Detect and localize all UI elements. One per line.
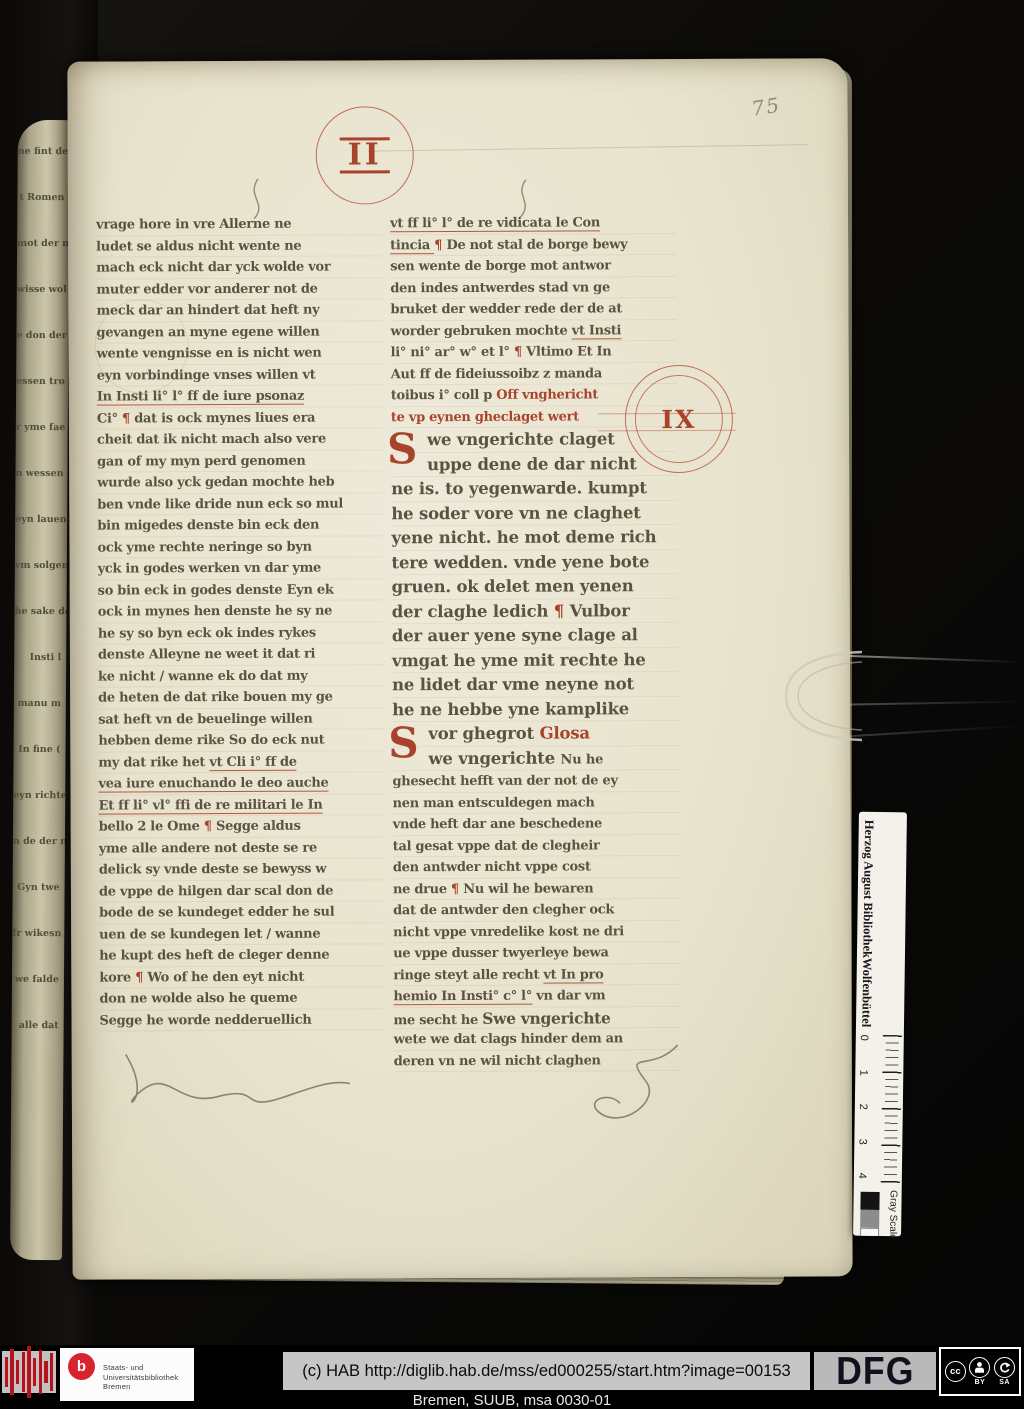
credit-bar: b Staats- und Universitätsbibliothek Bre… xyxy=(0,1345,1024,1409)
prev-page-text-fragment: alle dat xyxy=(11,1020,63,1066)
manuscript-line: gruen. ok delet men yenen xyxy=(392,574,678,600)
prev-page-text-fragment: n wessen h xyxy=(15,468,67,514)
manuscript-line: dat de antwder den clegher ock xyxy=(393,899,679,922)
prev-page-text-fragment: In fine ( xyxy=(13,744,65,790)
manuscript-line: uen de se kundegen let / wanne xyxy=(99,923,385,946)
text-segment: vt Insti xyxy=(572,323,622,339)
chapter-numeral: II xyxy=(340,137,390,174)
manuscript-line: den antwder nicht vppe cost xyxy=(393,856,679,879)
text-segment: ben vnde like dride nun eck so mul xyxy=(97,496,343,512)
prev-page-text-fragment: e don der xyxy=(16,330,68,376)
manuscript-line: ne is. to yegenwarde. kumpt xyxy=(391,476,677,502)
manuscript-line: he kupt des heft de cleger denne xyxy=(99,944,385,967)
text-segment: ne drue xyxy=(393,882,451,897)
manuscript-line: so bin eck in godes denste Eyn ek xyxy=(98,579,384,602)
text-segment: ock in mynes hen denste he sy ne xyxy=(98,604,332,620)
text-segment: tal gesat vppe dat de clegheir xyxy=(393,838,600,854)
suub-b-icon: b xyxy=(68,1353,95,1380)
text-segment: ne lidet dar vme neyne not xyxy=(392,674,634,694)
text-segment: he soder vore vn ne claghet xyxy=(391,503,640,523)
manuscript-line: de heten de dat rike bouen my ge xyxy=(98,686,384,709)
text-segment: In Insti li° l° ff de iure psonaz xyxy=(97,389,304,406)
text-segment: worder gebruken mochte xyxy=(390,323,571,339)
manuscript-line: kore ¶ Wo of he den eyt nicht xyxy=(99,966,385,989)
reference-ruler-strip: Herzog August Bibliothek Wolfenbüttel 01… xyxy=(853,812,907,1237)
text-segment: ¶ xyxy=(434,238,442,253)
text-segment: nicht vppe vnredelike kost ne dri xyxy=(393,924,624,940)
prev-page-text-fragment: n de der n xyxy=(13,836,65,882)
text-segment: tincia xyxy=(390,238,434,254)
text-segment: Glosa xyxy=(540,723,590,742)
cc-by-label: BY xyxy=(975,1379,986,1386)
text-segment: ke nicht / wanne ek do dat my xyxy=(98,668,308,684)
manuscript-line: ludet se aldus nicht wente ne xyxy=(96,235,382,258)
scale-numbers: 01234 xyxy=(859,1032,867,1182)
text-segment: yme alle andere not deste se re xyxy=(99,840,317,856)
manuscript-line: don ne wolde also he queme xyxy=(99,987,385,1010)
text-segment: den indes antwerdes stad vn ge xyxy=(390,280,610,296)
text-segment: Segge aldus xyxy=(212,819,301,834)
text-segment: uppe dene de dar nicht xyxy=(427,454,637,474)
text-segment: Off vnghericht xyxy=(496,387,598,402)
manuscript-line: hemio In Insti° c° l° vn dar vm xyxy=(393,985,679,1008)
manuscript-line: Ci° ¶ dat is ock mynes liues era xyxy=(97,407,383,430)
text-segment: vt In pro xyxy=(543,967,603,983)
cc-icon: cc xyxy=(945,1361,966,1382)
text-segment: ¶ xyxy=(122,411,130,426)
chapter-number-circle-ii: II xyxy=(316,106,414,204)
manuscript-line: he soder vore vn ne claghet xyxy=(391,501,677,527)
manuscript-line: he ne hebbe yne kamplike xyxy=(392,697,678,723)
manuscript-line: my dat rike het vt Cli i° ff de xyxy=(98,751,384,774)
text-segment: Nu wil he bewaren xyxy=(459,881,593,897)
text-segment: gruen. ok delet men yenen xyxy=(392,576,634,596)
previous-page-text: ne fint det Romenmot der mwisse wole don… xyxy=(11,120,70,1066)
folio-number: 75 xyxy=(750,92,783,120)
text-segment: li° ni° ar° w° et l° xyxy=(391,345,514,361)
suub-name-line2: Universitätsbibliothek xyxy=(103,1373,178,1383)
manuscript-line: yme alle andere not deste se re xyxy=(99,837,385,860)
suub-name-line1: Staats- und xyxy=(103,1363,178,1373)
gray-scale-target: Gray Scale xyxy=(853,1192,902,1237)
text-segment: ock yme rechte neringe so byn xyxy=(97,539,311,555)
manuscript-line: yck in godes werken vn dar yme xyxy=(98,557,384,580)
text-segment: he ne hebbe yne kamplike xyxy=(392,699,629,719)
prev-page-text-fragment: ne fint de xyxy=(17,146,69,192)
pen-flourish xyxy=(504,178,540,220)
text-segment: kore xyxy=(99,970,135,985)
prev-page-text-fragment: Gyn twe xyxy=(12,882,64,928)
manuscript-line: gan of my myn perd genomen xyxy=(97,450,383,473)
manuscript-line: he sy so byn eck ok indes rykes xyxy=(98,622,384,645)
pen-flourish xyxy=(482,1039,692,1140)
text-segment: gan of my myn perd genomen xyxy=(97,453,305,469)
text-segment: Swe vngerichte xyxy=(482,1008,610,1028)
prev-page-text-fragment: eyn richter xyxy=(13,790,65,836)
light-streak xyxy=(850,725,1020,737)
manuscript-line: ghesecht hefft van der not de ey xyxy=(392,770,678,793)
manuscript-line: uppe dene de dar nicht xyxy=(391,452,677,478)
manuscript-line: ringe steyt alle recht vt In pro xyxy=(393,964,679,987)
text-segment: he sy so byn eck ok indes rykes xyxy=(98,625,316,641)
ruling-line xyxy=(368,144,808,152)
light-streak xyxy=(850,655,1022,663)
manuscript-line: nicht vppe vnredelike kost ne dri xyxy=(393,921,679,944)
text-segment: den antwder nicht vppe cost xyxy=(393,859,591,875)
text-segment: Et ff li° vl° ffi de re militari le In xyxy=(99,797,323,814)
text-segment: bode de se kundeget edder he sul xyxy=(99,905,334,921)
manuscript-line: tere wedden. vnde yene bote xyxy=(391,550,677,576)
logo-bar xyxy=(22,1352,25,1392)
photo-stage: ne fint det Romenmot der mwisse wole don… xyxy=(0,0,1024,1409)
manuscript-line: bode de se kundeget edder he sul xyxy=(99,901,385,924)
prev-page-text-fragment: essen tro xyxy=(16,376,68,422)
text-segment: uen de se kundegen let / wanne xyxy=(99,926,320,942)
manuscript-line: hebben deme rike So do eck nut xyxy=(98,729,384,752)
scale-number: 1 xyxy=(857,1069,869,1075)
text-segment: eyn vorbindinge vnses willen vt xyxy=(97,367,316,383)
manuscript-line: eyn vorbindinge vnses willen vt xyxy=(97,364,383,387)
manuscript-line: ock in mynes hen denste he sy ne xyxy=(98,600,384,623)
manuscript-line: denste Alleyne ne weet it dat ri xyxy=(98,643,384,666)
cc-license-badge: cc BY SA xyxy=(939,1347,1021,1396)
manuscript-line: me secht he Swe vngerichte xyxy=(393,1007,679,1030)
text-segment: nen man entsculdegen mach xyxy=(393,795,595,811)
gray-scale-swatches xyxy=(860,1192,880,1237)
library-name-line2: Wolfenbüttel xyxy=(856,958,876,1028)
shelfmark: Bremen, SUUB, msa 0030-01 xyxy=(300,1392,724,1409)
text-segment: yene nicht. he mot deme rich xyxy=(391,527,656,547)
scale-ticks-long xyxy=(881,1035,902,1184)
manuscript-line: ne lidet dar vme neyne not xyxy=(392,672,678,698)
text-segment: vmgat he yme mit rechte he xyxy=(392,650,646,670)
manuscript-line: Et ff li° vl° ffi de re militari le In xyxy=(99,794,385,817)
gray-scale-swatch xyxy=(860,1192,879,1210)
prev-page-text-fragment: r yme fae xyxy=(16,422,68,468)
chapter-numeral: IX xyxy=(661,404,696,433)
dfg-letters: DFG xyxy=(836,1349,914,1394)
text-segment: ne is. to yegenwarde. kumpt xyxy=(391,478,647,498)
manuscript-line: vea iure enuchando le deo auche xyxy=(98,772,384,795)
text-segment: de vppe de hilgen dar scal don de xyxy=(99,883,333,899)
text-segment: meck dar an hindert dat heft ny xyxy=(96,303,319,319)
text-segment: Aut ff de fideiussoibz z manda xyxy=(391,366,602,382)
manuscript-line: ke nicht / wanne ek do dat my xyxy=(98,665,384,688)
logo-bar xyxy=(33,1358,36,1386)
text-segment: tere wedden. vnde yene bote xyxy=(391,552,649,572)
text-segment: ¶ xyxy=(204,819,212,834)
share-alike-arrow-icon xyxy=(994,1357,1015,1378)
page-holder-clip xyxy=(778,642,864,754)
text-segment: vt ff li° l° de re vidicata le Con xyxy=(390,215,600,232)
text-segment: bin migedes denste bin eck den xyxy=(97,518,319,534)
manuscript-line: wente vengnisse en is nicht wen xyxy=(97,342,383,365)
manuscript-line: wurde also yck gedan mochte heb xyxy=(97,471,383,494)
manuscript-line: Swe vngerichte claget xyxy=(391,427,677,453)
text-column-right: vt ff li° l° de re vidicata le Contincia… xyxy=(390,212,680,1072)
text-segment: yck in godes werken vn dar yme xyxy=(98,561,322,577)
text-segment: delick sy vnde deste se bewyss w xyxy=(99,862,327,878)
text-segment: ringe steyt alle recht xyxy=(393,967,543,983)
text-segment: sen wente de borge mot antwor xyxy=(390,258,611,274)
manuscript-line: den indes antwerdes stad vn ge xyxy=(390,277,676,300)
text-segment: Nu he xyxy=(561,752,604,767)
text-segment: mach eck nicht dar yck wolde vor xyxy=(96,260,330,276)
manuscript-line: sen wente de borge mot antwor xyxy=(390,255,676,278)
dfg-logo: DFG xyxy=(814,1352,936,1390)
gray-scale-swatch xyxy=(860,1210,879,1228)
text-segment: wente vengnisse en is nicht wen xyxy=(97,346,322,362)
manuscript-line: tincia ¶ De not stal de borge bewy xyxy=(390,234,676,257)
logo-bar xyxy=(5,1357,8,1387)
text-segment: bello 2 le Ome xyxy=(99,819,204,834)
text-segment: gevangen an myne egene willen xyxy=(96,324,319,340)
manuscript-line: Segge he worde nedderuellich xyxy=(99,1009,385,1032)
text-segment: hebben deme rike So do eck nut xyxy=(98,733,324,749)
attribution-person-icon xyxy=(969,1357,990,1378)
suub-name-line3: Bremen xyxy=(103,1382,178,1392)
library-name-label: Herzog August Bibliothek Wolfenbüttel xyxy=(856,812,878,1028)
text-segment: ghesecht hefft van der not de ey xyxy=(392,773,617,789)
text-segment: don ne wolde also he queme xyxy=(99,991,297,1007)
prev-page-text-fragment: wisse wol xyxy=(17,284,69,330)
text-segment: vn dar vm xyxy=(532,988,605,1003)
text-segment: he kupt des heft de cleger denne xyxy=(99,948,329,964)
text-segment: muter edder vor anderer not de xyxy=(96,281,317,297)
manuscript-line: ben vnde like dride nun eck so mul xyxy=(97,493,383,516)
text-segment: ¶ xyxy=(135,970,143,985)
text-segment: De not stal de borge bewy xyxy=(442,237,627,253)
cm-scale: 01234 xyxy=(854,1030,904,1187)
gray-scale-swatch xyxy=(860,1228,879,1237)
previous-page-edge: ne fint det Romenmot der mwisse wole don… xyxy=(10,120,70,1260)
manuscript-line: we vngerichte Nu he xyxy=(392,746,678,772)
scale-number: 3 xyxy=(856,1138,868,1144)
scale-number: 0 xyxy=(858,1035,870,1041)
manuscript-line: Aut ff de fideiussoibz z manda xyxy=(391,363,677,386)
text-segment: we vngerichte claget xyxy=(427,429,615,449)
text-column-left: vrage hore in vre Allerne neludet se ald… xyxy=(96,213,386,1031)
text-segment: te vp eynen gheclaget wert xyxy=(391,409,579,425)
scale-number: 2 xyxy=(857,1104,869,1110)
prev-page-text-fragment: eyn lauen xyxy=(15,514,67,560)
manuscript-line: tal gesat vppe dat de clegheir xyxy=(393,835,679,858)
text-segment: Vltimo Et In xyxy=(522,344,612,359)
text-segment: vt Cli i° ff de xyxy=(209,754,296,770)
text-segment: Vulbor xyxy=(564,601,630,620)
manuscript-line: sat heft vn de beuelinge willen xyxy=(98,708,384,731)
text-segment: vnde heft dar ane beschedene xyxy=(393,816,602,832)
text-segment: Ci° xyxy=(97,411,122,426)
manuscript-line: ock yme rechte neringe so byn xyxy=(97,536,383,559)
manuscript-line: bello 2 le Ome ¶ Segge aldus xyxy=(99,815,385,838)
pen-flourish xyxy=(240,177,276,221)
text-segment: Wo of he den eyt nicht xyxy=(143,969,304,985)
prev-page-text-fragment: we falde xyxy=(12,974,64,1020)
manuscript-line: bruket der wedder rede der de at xyxy=(390,298,676,321)
logo-bar xyxy=(44,1361,47,1383)
manuscript-line: toibus i° coll p Off vnghericht xyxy=(391,384,677,407)
manuscript-line: ue vppe dusser twyerleye bewa xyxy=(393,942,679,965)
manuscript-line: bin migedes denste bin eck den xyxy=(97,514,383,537)
manuscript-line: Svor ghegrot Glosa xyxy=(392,721,678,747)
prev-page-text-fragment: Insti l xyxy=(14,652,66,698)
manuscript-line: muter edder vor anderer not de xyxy=(96,278,382,301)
prev-page-text-fragment: vm solgen xyxy=(15,560,67,606)
text-segment: de heten de dat rike bouen my ge xyxy=(98,690,333,706)
suub-name: Staats- und Universitätsbibliothek Breme… xyxy=(103,1363,178,1392)
prev-page-text-fragment: manu m xyxy=(14,698,66,744)
light-streak xyxy=(850,700,1024,705)
copyright-url: (c) HAB http://diglib.hab.de/mss/ed00025… xyxy=(283,1352,810,1390)
manuscript-line: cheit dat ik nicht mach also vere xyxy=(97,428,383,451)
manuscript-line: vmgat he yme mit rechte he xyxy=(392,648,678,674)
cc-sa-label: SA xyxy=(999,1379,1010,1386)
prev-page-text-fragment: t Romen xyxy=(17,192,69,238)
manuscript-line: vnde heft dar ane beschedene xyxy=(393,813,679,836)
logo-bar xyxy=(27,1346,30,1398)
text-segment: ludet se aldus nicht wente ne xyxy=(96,238,301,254)
manuscript-line: ne drue ¶ Nu wil he bewaren xyxy=(393,878,679,901)
text-segment: Segge he worde nedderuellich xyxy=(99,1012,311,1028)
manuscript-line: li° ni° ar° w° et l° ¶ Vltimo Et In xyxy=(391,341,677,364)
cc-by-group: BY xyxy=(969,1357,990,1386)
text-segment: ue vppe dusser twyerleye bewa xyxy=(393,945,608,961)
manuscript-line: In Insti li° l° ff de iure psonaz xyxy=(97,385,383,408)
cc-sa-group: SA xyxy=(994,1357,1015,1386)
manuscript-line: delick sy vnde deste se bewyss w xyxy=(99,858,385,881)
library-name-line1: Herzog August Bibliothek xyxy=(857,820,878,958)
text-segment: so bin eck in godes denste Eyn ek xyxy=(98,582,334,598)
manuscript-line: te vp eynen gheclaget wert xyxy=(391,406,677,429)
text-segment: der auer yene syne clage al xyxy=(392,625,638,645)
text-segment: toibus i° coll p xyxy=(391,388,497,403)
text-segment: denste Alleyne ne weet it dat ri xyxy=(98,647,315,663)
text-segment: we vngerichte xyxy=(428,748,560,768)
text-segment: sat heft vn de beuelinge willen xyxy=(98,711,312,727)
manuscript-page: 75 II IX vrage hore in vre Allerne nelud… xyxy=(67,58,852,1279)
logo-bar xyxy=(16,1360,19,1384)
prev-page-text-fragment: mot der m xyxy=(17,238,69,284)
suub-bars-logo xyxy=(2,1351,56,1393)
text-segment: bruket der wedder rede der de at xyxy=(390,301,622,317)
text-segment: dat is ock mynes liues era xyxy=(130,410,315,426)
text-segment: vea iure enuchando le deo auche xyxy=(98,776,328,793)
text-segment: vor ghegrot xyxy=(428,724,539,743)
manuscript-line: mach eck nicht dar yck wolde vor xyxy=(96,256,382,279)
text-segment: ¶ xyxy=(554,601,564,620)
text-segment: dat de antwder den clegher ock xyxy=(393,902,614,918)
text-segment: wurde also yck gedan mochte heb xyxy=(97,475,334,491)
prev-page-text-fragment: fr wikesn xyxy=(12,928,64,974)
manuscript-line: der claghe ledich ¶ Vulbor xyxy=(392,599,678,625)
suub-bremen-logo: b Staats- und Universitätsbibliothek Bre… xyxy=(60,1348,194,1401)
text-segment: me secht he xyxy=(393,1012,482,1027)
manuscript-line: gevangen an myne egene willen xyxy=(96,321,382,344)
text-segment: ¶ xyxy=(451,882,459,897)
prev-page-text-fragment: he sake del xyxy=(14,606,66,652)
logo-bar xyxy=(39,1350,42,1394)
text-segment: hemio In Insti° c° l° xyxy=(393,989,532,1006)
manuscript-line: worder gebruken mochte vt Insti xyxy=(390,320,676,343)
manuscript-line: der auer yene syne clage al xyxy=(392,623,678,649)
manuscript-line: meck dar an hindert dat heft ny xyxy=(96,299,382,322)
pen-flourish xyxy=(112,1045,362,1126)
manuscript-line: yene nicht. he mot deme rich xyxy=(391,525,677,551)
gray-scale-label: Gray Scale xyxy=(887,1190,899,1236)
manuscript-line: nen man entsculdegen mach xyxy=(393,792,679,815)
text-segment: cheit dat ik nicht mach also vere xyxy=(97,432,326,448)
scale-number: 4 xyxy=(856,1173,868,1179)
text-segment: der claghe ledich xyxy=(392,601,554,621)
logo-bar xyxy=(50,1353,53,1391)
manuscript-line: de vppe de hilgen dar scal don de xyxy=(99,880,385,903)
text-segment: my dat rike het xyxy=(98,755,209,770)
logo-bar xyxy=(10,1349,13,1395)
